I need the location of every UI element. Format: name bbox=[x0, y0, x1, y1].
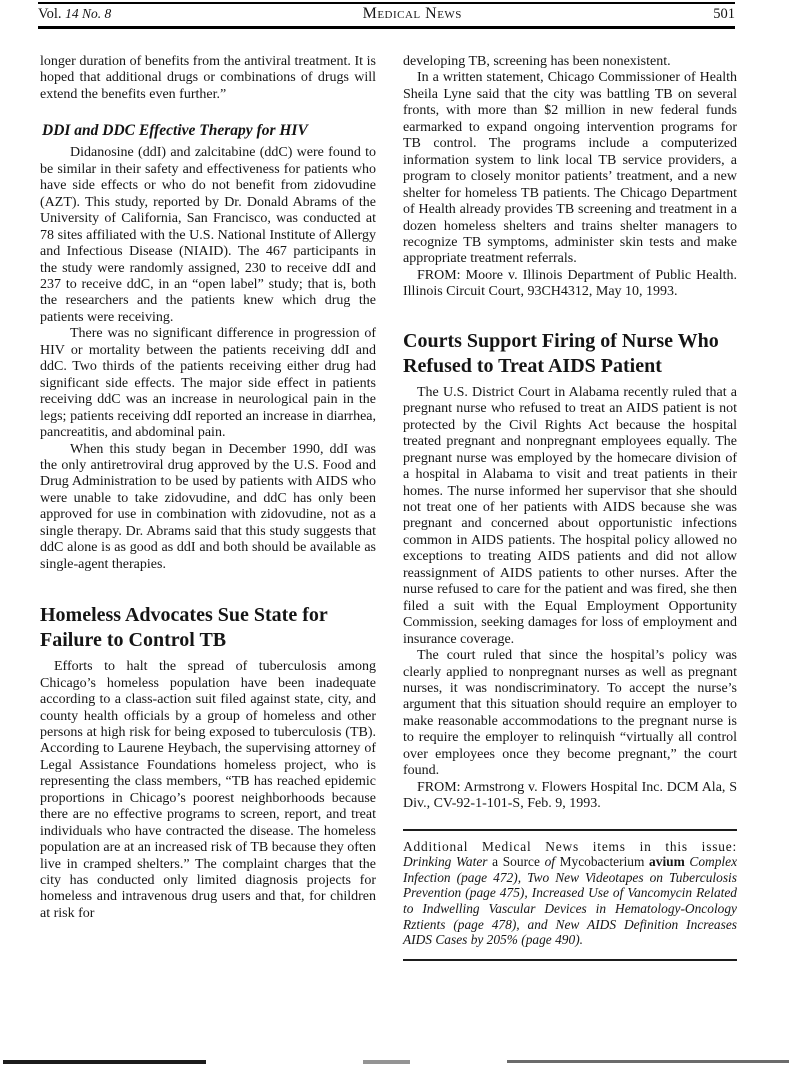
issue-note: Additional Medical News items in this is… bbox=[403, 829, 737, 961]
bottom-scan-bar-gray bbox=[363, 1060, 410, 1064]
bottom-scan-bar-black bbox=[3, 1060, 206, 1064]
continuation-paragraph: longer duration of benefits from the ant… bbox=[40, 54, 376, 103]
source-citation-armstrong: FROM: Armstrong v. Flowers Hospital Inc.… bbox=[403, 780, 737, 813]
paragraph-courts-1: The U.S. District Court in Alabama recen… bbox=[403, 385, 737, 648]
issue-note-genus: Mycobacterium bbox=[560, 854, 649, 869]
page-header: Vol. 14 No. 8 Medical News 501 bbox=[38, 5, 735, 23]
volume-number: 14 No. 8 bbox=[65, 6, 111, 21]
article-heading-ddi-ddc: DDI and DDC Effective Therapy for HIV bbox=[42, 121, 376, 141]
issue-note-title-1: Drinking Water bbox=[403, 854, 488, 869]
header-rule bbox=[38, 26, 735, 29]
article-heading-courts-nurse: Courts Support Firing of Nurse Who Refus… bbox=[403, 329, 737, 379]
journal-title: Medical News bbox=[363, 5, 462, 23]
column-left: longer duration of benefits from the ant… bbox=[40, 54, 376, 922]
paragraph-ddi-1: Didanosine (ddI) and zalcitabine (ddC) w… bbox=[40, 145, 376, 326]
paragraph-homeless-2: In a written statement, Chicago Commissi… bbox=[403, 70, 737, 267]
issue-note-prefix: Additional Medical News items in this is… bbox=[403, 839, 737, 854]
issue-note-roman-1: a Source bbox=[488, 854, 545, 869]
bottom-scan-line-gray bbox=[507, 1060, 789, 1063]
paragraph-courts-2: The court ruled that since the hospital’… bbox=[403, 648, 737, 780]
paragraph-ddi-3: When this study began in December 1990, … bbox=[40, 442, 376, 574]
continuation-line: developing TB, screening has been nonexi… bbox=[403, 54, 737, 70]
paragraph-ddi-2: There was no significant difference in p… bbox=[40, 326, 376, 441]
volume-label: Vol. bbox=[38, 6, 62, 22]
page-number: 501 bbox=[713, 6, 735, 23]
issue-note-italic-of: of bbox=[545, 854, 560, 869]
issue-note-species: avium bbox=[649, 854, 685, 869]
column-right: developing TB, screening has been nonexi… bbox=[403, 54, 737, 961]
journal-page: Vol. 14 No. 8 Medical News 501 longer du… bbox=[0, 0, 800, 1066]
article-heading-homeless-tb: Homeless Advocates Sue State for Failure… bbox=[40, 603, 376, 653]
paragraph-homeless-1: Efforts to halt the spread of tuberculos… bbox=[40, 659, 376, 922]
source-citation-moore: FROM: Moore v. Illinois Department of Pu… bbox=[403, 268, 737, 301]
volume-info: Vol. 14 No. 8 bbox=[38, 6, 111, 23]
top-rule bbox=[38, 2, 735, 4]
